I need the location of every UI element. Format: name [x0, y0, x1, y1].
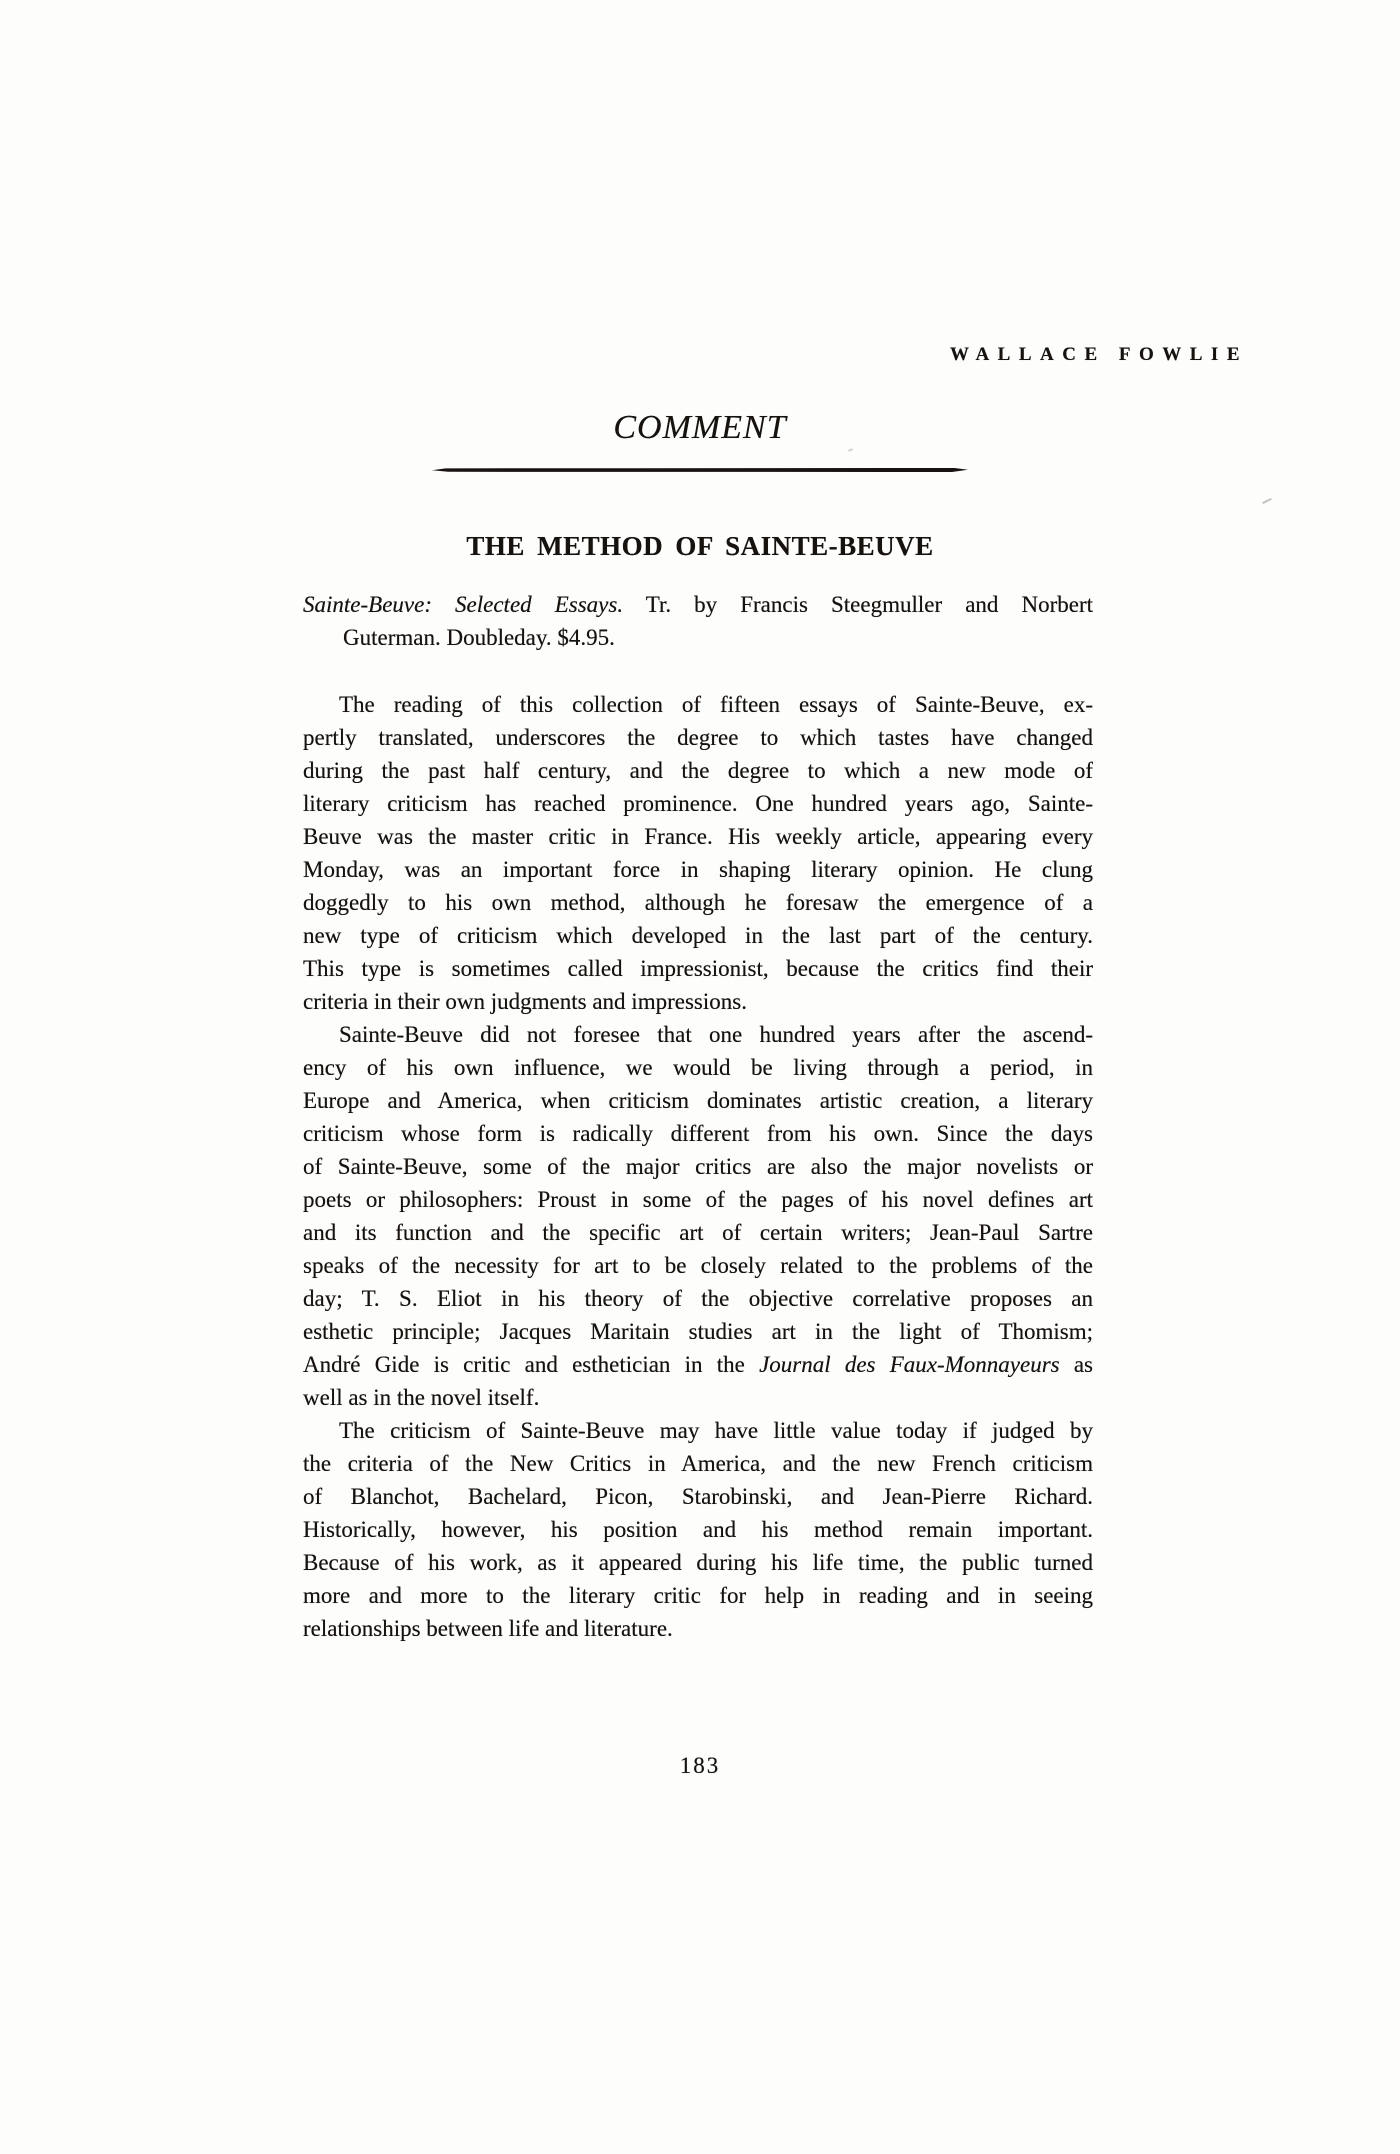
text-line: pertly translated, underscores the degre…: [303, 721, 1093, 754]
scan-speck: [848, 448, 853, 452]
text-segment: esthetic principle; Jacques Maritain stu…: [303, 1319, 1093, 1344]
text-line: This type is sometimes called impression…: [303, 952, 1093, 985]
text-segment: of Sainte-Beuve, some of the major criti…: [303, 1154, 1093, 1179]
text-line: criteria in their own judgments and impr…: [303, 985, 1093, 1018]
text-segment: pertly translated, underscores the degre…: [303, 725, 1093, 750]
text-line: Beuve was the master critic in France. H…: [303, 820, 1093, 853]
author-header: WALLACE FOWLIE: [950, 344, 1248, 366]
text-line: the criteria of the New Critics in Ameri…: [303, 1447, 1093, 1480]
text-segment: Historically, however, his position and …: [303, 1517, 1093, 1542]
page-number: 183: [0, 1753, 1400, 1779]
text-segment: ency of his own influence, we would be l…: [303, 1055, 1093, 1080]
text-line: André Gide is critic and esthetician in …: [303, 1348, 1093, 1381]
horizontal-rule: [432, 468, 968, 472]
scan-speck: [1262, 498, 1272, 504]
text-line: Historically, however, his position and …: [303, 1513, 1093, 1546]
italic-text: Sainte-Beuve: Selected Essays.: [303, 592, 623, 617]
text-line: well as in the novel itself.: [303, 1381, 1093, 1414]
text-segment: This type is sometimes called impression…: [303, 956, 1093, 981]
text-segment: Guterman. Doubleday. $4.95.: [343, 625, 615, 650]
text-line: of Sainte-Beuve, some of the major criti…: [303, 1150, 1093, 1183]
text-line: literary criticism has reached prominenc…: [303, 787, 1093, 820]
text-line: new type of criticism which developed in…: [303, 919, 1093, 952]
text-line: relationships between life and literatur…: [303, 1612, 1093, 1645]
text-line: of Blanchot, Bachelard, Picon, Starobins…: [303, 1480, 1093, 1513]
text-line: esthetic principle; Jacques Maritain stu…: [303, 1315, 1093, 1348]
text-line: and its function and the specific art of…: [303, 1216, 1093, 1249]
text-segment: during the past half century, and the de…: [303, 758, 1093, 783]
text-segment: and its function and the specific art of…: [303, 1220, 1093, 1245]
text-segment: André Gide is critic and esthetician in …: [303, 1352, 759, 1377]
text-line: Because of his work, as it appeared duri…: [303, 1546, 1093, 1579]
italic-text: Journal des Faux-Monnayeurs: [759, 1352, 1060, 1377]
article-title: THE METHOD OF SAINTE-BEUVE: [0, 531, 1400, 562]
text-segment: criticism whose form is radically differ…: [303, 1121, 1093, 1146]
text-segment: doggedly to his own method, although he …: [303, 890, 1093, 915]
text-segment: speaks of the necessity for art to be cl…: [303, 1253, 1093, 1278]
text-segment: Beuve was the master critic in France. H…: [303, 824, 1093, 849]
text-line: Guterman. Doubleday. $4.95.: [303, 621, 1093, 654]
text-segment: the criteria of the New Critics in Ameri…: [303, 1451, 1093, 1476]
text-line: day; T. S. Eliot in his theory of the ob…: [303, 1282, 1093, 1315]
text-segment: day; T. S. Eliot in his theory of the ob…: [303, 1286, 1093, 1311]
text-segment: of Blanchot, Bachelard, Picon, Starobins…: [303, 1484, 1093, 1509]
text-segment: Because of his work, as it appeared duri…: [303, 1550, 1093, 1575]
text-segment: The criticism of Sainte-Beuve may have l…: [339, 1418, 1093, 1443]
text-line: Europe and America, when criticism domin…: [303, 1084, 1093, 1117]
citation: Sainte-Beuve: Selected Essays. Tr. by Fr…: [303, 588, 1093, 654]
text-line: The reading of this collection of fiftee…: [303, 688, 1093, 721]
section-title: COMMENT: [0, 409, 1400, 447]
text-segment: poets or philosophers: Proust in some of…: [303, 1187, 1093, 1212]
text-segment: Tr. by Francis Steegmuller and Norbert: [623, 592, 1093, 617]
text-segment: literary criticism has reached prominenc…: [303, 791, 1093, 816]
text-segment: well as in the novel itself.: [303, 1385, 539, 1410]
text-line: Sainte-Beuve did not foresee that one hu…: [303, 1018, 1093, 1051]
text-line: doggedly to his own method, although he …: [303, 886, 1093, 919]
text-line: criticism whose form is radically differ…: [303, 1117, 1093, 1150]
text-segment: The reading of this collection of fiftee…: [339, 692, 1093, 717]
book-page: WALLACE FOWLIE COMMENT THE METHOD OF SAI…: [0, 0, 1400, 2154]
text-line: speaks of the necessity for art to be cl…: [303, 1249, 1093, 1282]
text-segment: relationships between life and literatur…: [303, 1616, 673, 1641]
text-line: more and more to the literary critic for…: [303, 1579, 1093, 1612]
text-line: Monday, was an important force in shapin…: [303, 853, 1093, 886]
text-line: Sainte-Beuve: Selected Essays. Tr. by Fr…: [303, 588, 1093, 621]
text-segment: new type of criticism which developed in…: [303, 923, 1093, 948]
text-segment: as: [1060, 1352, 1093, 1377]
text-segment: more and more to the literary critic for…: [303, 1583, 1093, 1608]
text-segment: criteria in their own judgments and impr…: [303, 989, 747, 1014]
body-text: The reading of this collection of fiftee…: [303, 688, 1093, 1645]
text-line: ency of his own influence, we would be l…: [303, 1051, 1093, 1084]
text-segment: Sainte-Beuve did not foresee that one hu…: [339, 1022, 1093, 1047]
text-line: poets or philosophers: Proust in some of…: [303, 1183, 1093, 1216]
text-segment: Europe and America, when criticism domin…: [303, 1088, 1093, 1113]
text-segment: Monday, was an important force in shapin…: [303, 857, 1093, 882]
text-line: The criticism of Sainte-Beuve may have l…: [303, 1414, 1093, 1447]
text-line: during the past half century, and the de…: [303, 754, 1093, 787]
